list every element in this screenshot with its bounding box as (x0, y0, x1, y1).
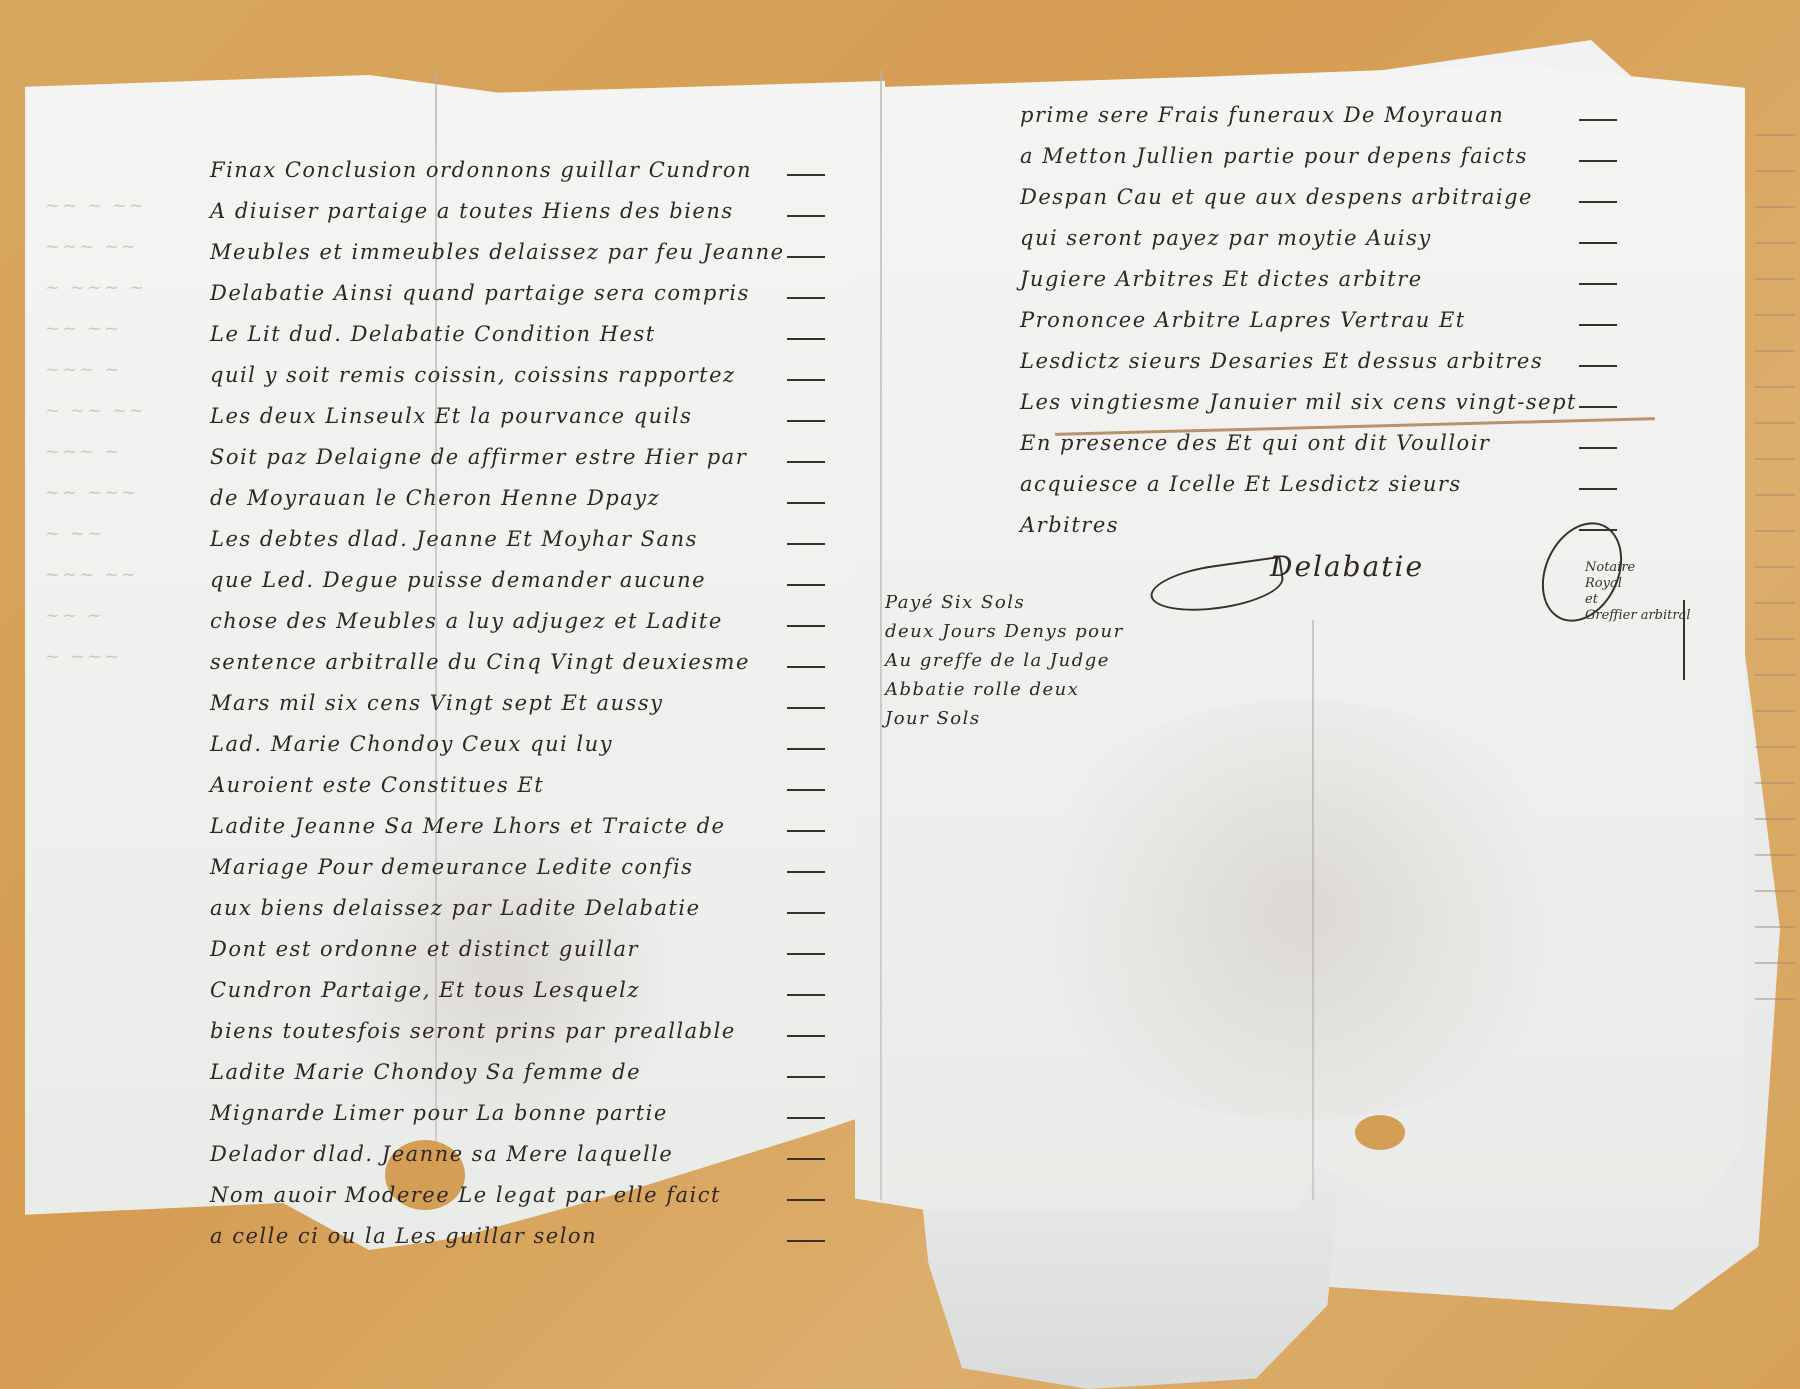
manuscript-line: Nom auoir Moderee Le legat par elle faic… (210, 1175, 785, 1216)
notary-note-line: et (1585, 592, 1691, 608)
water-stain (1000, 700, 1600, 1120)
paper-hole (1355, 1115, 1405, 1150)
manuscript-line: prime sere Frais funeraux De Moyrauan (1020, 95, 1577, 136)
manuscript-line: aux biens delaissez par Ladite Delabatie (210, 888, 785, 929)
manuscript-line: a Metton Jullien partie pour depens faic… (1020, 136, 1577, 177)
manuscript-line: Delador dlad. Jeanne sa Mere laquelle (210, 1134, 785, 1175)
manuscript-line: Auroient este Constitues Et (210, 765, 785, 806)
manuscript-line: Le Lit dud. Delabatie Condition Hest (210, 314, 785, 355)
manuscript-line: Soit paz Delaigne de affirmer estre Hier… (210, 437, 785, 478)
manuscript-line: Finax Conclusion ordonnons guillar Cundr… (210, 150, 785, 191)
manuscript-line: biens toutesfois seront prins par preall… (210, 1011, 785, 1052)
manuscript-line: Abbatie rolle deux (885, 675, 1124, 704)
margin-note: Payé Six Sols deux Jours Denys pour Au g… (885, 588, 1124, 733)
manuscript-line: quil y soit remis coissin, coissins rapp… (210, 355, 785, 396)
manuscript-line: Les vingtiesme Januier mil six cens ving… (1020, 382, 1577, 423)
notary-note-line: Royal (1585, 576, 1691, 592)
manuscript-line: Les debtes dlad. Jeanne Et Moyhar Sans (210, 519, 785, 560)
manuscript-line: Delabatie Ainsi quand partaige sera comp… (210, 273, 785, 314)
manuscript-line: Dont est ordonne et distinct guillar (210, 929, 785, 970)
center-fold (880, 70, 882, 1200)
manuscript-line: Cundron Partaige, Et tous Lesquelz (210, 970, 785, 1011)
notary-note: Notaire Royal et Greffier arbitral (1585, 560, 1691, 624)
pen-stroke (1683, 600, 1685, 680)
manuscript-line: Ladite Marie Chondoy Sa femme de (210, 1052, 785, 1093)
manuscript-line: Mariage Pour demeurance Ledite confis (210, 847, 785, 888)
notary-note-line: Greffier arbitral (1585, 608, 1691, 624)
bleed-through-text: ~~ ~ ~~~~~ ~~~ ~~~ ~ ~~ ~~~~~ ~~ ~~ ~~ ~… (45, 185, 146, 677)
manuscript-line: qui seront payez par moytie Auisy (1020, 218, 1577, 259)
underlying-ruled-lines (1755, 100, 1795, 1000)
manuscript-line: Jour Sols (885, 704, 1124, 733)
left-page-text: Finax Conclusion ordonnons guillar Cundr… (210, 150, 785, 1257)
manuscript-line: a celle ci ou la Les guillar selon (210, 1216, 785, 1257)
manuscript-line: Ladite Jeanne Sa Mere Lhors et Traicte d… (210, 806, 785, 847)
manuscript-line: Mignarde Limer pour La bonne partie (210, 1093, 785, 1134)
manuscript-line: que Led. Degue puisse demander aucune (210, 560, 785, 601)
notary-note-line: Notaire (1585, 560, 1691, 576)
underlying-sheet-bottom (920, 1180, 1340, 1389)
manuscript-line: Payé Six Sols (885, 588, 1124, 617)
right-page-text: prime sere Frais funeraux De Moyrauan a … (1020, 95, 1577, 546)
manuscript-line: Arbitres (1020, 505, 1577, 546)
manuscript-line: deux Jours Denys pour (885, 617, 1124, 646)
manuscript-line: Les deux Linseulx Et la pourvance quils (210, 396, 785, 437)
manuscript-line: Jugiere Arbitres Et dictes arbitre (1020, 259, 1577, 300)
manuscript-line: Mars mil six cens Vingt sept Et aussy (210, 683, 785, 724)
manuscript-line: sentence arbitralle du Cinq Vingt deuxie… (210, 642, 785, 683)
manuscript-line: Lad. Marie Chondoy Ceux qui luy (210, 724, 785, 765)
manuscript-line: chose des Meubles a luy adjugez et Ladit… (210, 601, 785, 642)
manuscript-line: A diuiser partaige a toutes Hiens des bi… (210, 191, 785, 232)
manuscript-line: acquiesce a Icelle Et Lesdictz sieurs (1020, 464, 1577, 505)
manuscript-line: de Moyrauan le Cheron Henne Dpayz (210, 478, 785, 519)
signature: Delabatie (1270, 550, 1424, 583)
manuscript-line: Lesdictz sieurs Desaries Et dessus arbit… (1020, 341, 1577, 382)
manuscript-line: Meubles et immeubles delaissez par feu J… (210, 232, 785, 273)
manuscript-line: Prononcee Arbitre Lapres Vertrau Et (1020, 300, 1577, 341)
manuscript-line: Despan Cau et que aux despens arbitraige (1020, 177, 1577, 218)
manuscript-line: Au greffe de la Judge (885, 646, 1124, 675)
